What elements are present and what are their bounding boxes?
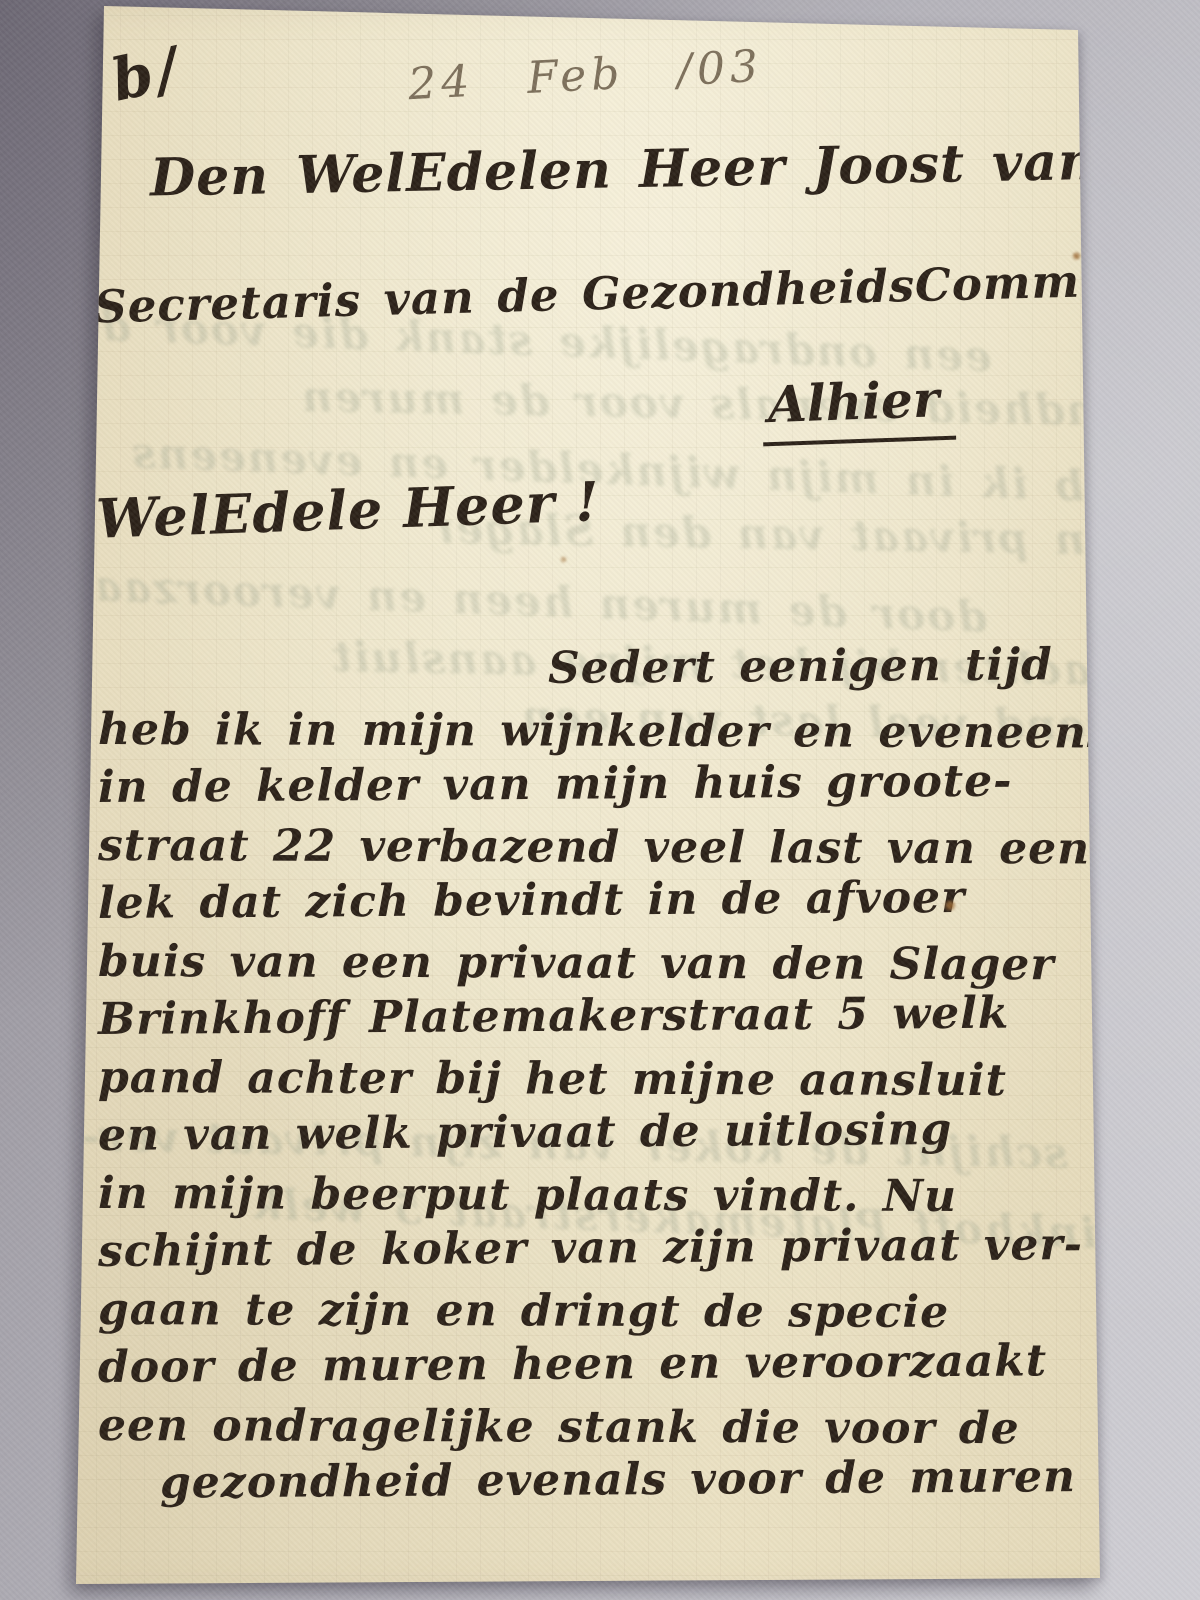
letter-paper-shadow-wrap: een ondragelijke stank die voor degezond… xyxy=(0,0,1200,1600)
address-line-place: Alhier xyxy=(761,369,957,447)
body-line: en van welk privaat de uitlosing xyxy=(98,1103,1098,1168)
salutation: WelEdele Heer ! xyxy=(95,469,601,551)
body-line: Sedert eenigen tijd xyxy=(98,639,1098,704)
bleed-through-text: gezondheid evenals voor de muren xyxy=(300,372,1200,437)
address-line-title: Secretaris van de GezondheidsCommissie xyxy=(93,252,1199,334)
archival-corner-mark: b/ xyxy=(106,33,188,114)
body-line: gezondheid evenals voor de muren xyxy=(98,1451,1098,1516)
bleed-through-text: door de muren heen en veroorzaakt xyxy=(39,559,987,641)
body-line: in de kelder van mijn huis groote- xyxy=(98,755,1098,820)
fox-spot xyxy=(560,556,567,563)
body-line: door de muren heen en veroorzaakt xyxy=(98,1335,1098,1400)
letter-paper: een ondragelijke stank die voor degezond… xyxy=(0,0,1200,1600)
fox-spot xyxy=(1072,252,1081,260)
photo-background: een ondragelijke stank die voor degezond… xyxy=(0,0,1200,1600)
body-line: Brinkhoff Platemakerstraat 5 welk xyxy=(98,987,1098,1052)
address-line-recipient: Den WelEdelen Heer Joost van Pelt xyxy=(150,128,1200,208)
letter-body: Sedert eenigen tijdheb ik in mijn wijnke… xyxy=(98,646,1098,1516)
body-line: schijnt de koker van zijn privaat ver- xyxy=(98,1219,1098,1284)
fox-spot xyxy=(944,900,956,911)
letter-date: 24 Feb /03 xyxy=(407,41,764,111)
